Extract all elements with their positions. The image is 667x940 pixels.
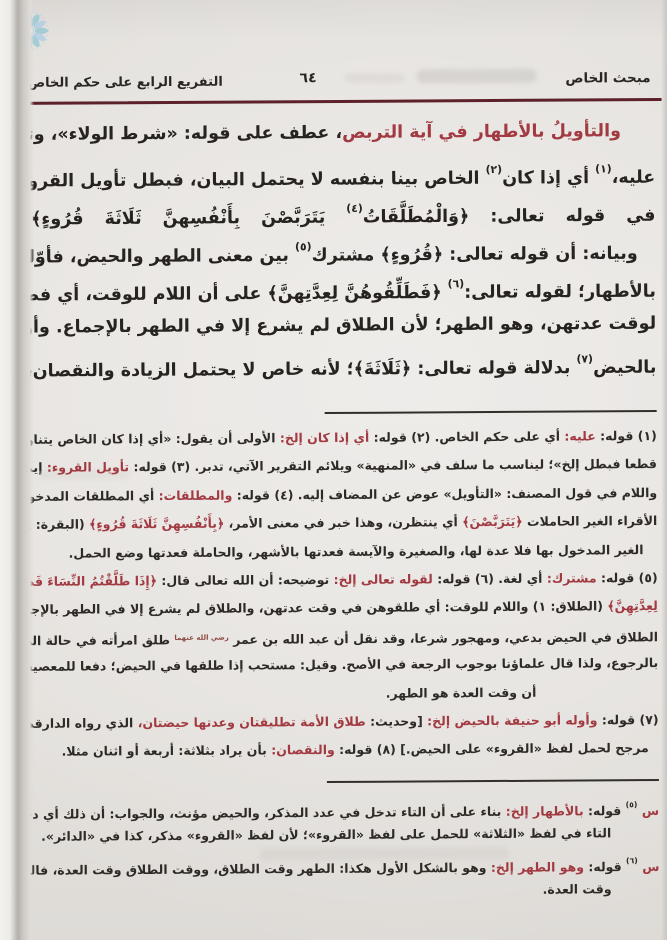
text-segment: قوله: xyxy=(584,859,626,874)
text-line: (٥) قوله: مشترك: أي لغة. (٦) قوله: لقوله… xyxy=(27,564,658,596)
text-segment: (البقرة: ٢٢٨). وأما xyxy=(26,517,89,533)
footnotes-text: (١) قوله: عليه: أي على حكم الخاص. (٢) قو… xyxy=(26,422,659,767)
text-line: لِعِدَّتِهِنَّ﴾ (الطلاق: ١) واللام للوقت… xyxy=(27,592,658,624)
text-segment: الطلاق في الحيض بدعي، ومهجور شرعا، وقد ن… xyxy=(229,629,658,647)
text-line: التاء في لفظ «الثلاثة» للحمل على لفظ «ال… xyxy=(28,819,659,851)
text-segment: (٥) xyxy=(295,240,312,253)
text-segment: ﴿قُرُوءٍ﴾ xyxy=(380,245,443,265)
text-segment: أي إذا كان xyxy=(502,168,595,189)
questions-separator xyxy=(327,779,659,783)
highlighted-text-segment: س xyxy=(638,859,660,874)
text-segment: الأولى أن يقول: «أي إذا كان الخاص يتناول… xyxy=(26,430,280,447)
text-segment: (٢) xyxy=(486,163,503,176)
text-segment: ﴿وَالْمُطَلَّقَاتُ xyxy=(363,207,470,228)
highlighted-text-segment: والنقصان: xyxy=(271,742,335,757)
footnote-separator xyxy=(325,410,657,414)
highlighted-text-segment: لِعِدَّتِهِنَّ﴾ xyxy=(607,598,658,613)
text-segment: (٦) xyxy=(448,277,465,290)
highlighted-text-segment: ﴿يَتَرَبَّصْنَ﴾ xyxy=(462,514,523,529)
text-line: مرجح لحمل لفظ «القروء» على الحيض.] (٨) ق… xyxy=(28,734,659,766)
header-page-number: ٦٤ xyxy=(299,70,316,86)
text-segment: على أن اللام للوقت، أي فطلقوهن xyxy=(25,284,268,306)
text-segment: وبيانه: أن قوله تعالى: xyxy=(443,244,638,265)
text-segment: مرجح لحمل لفظ «القروء» على الحيض.] (٨) ق… xyxy=(335,740,649,757)
highlighted-text-segment: عليه: xyxy=(564,428,595,443)
text-segment: بالحيض xyxy=(593,358,656,378)
highlighted-text-segment: والمطلقات: xyxy=(159,487,233,502)
text-segment: (٧) قوله: xyxy=(597,712,658,727)
margin-questions-text: س (٥) قوله: بالأطهار إلخ: بناء على أن ال… xyxy=(28,791,660,907)
header-rule xyxy=(18,98,662,105)
highlighted-text-segment: لقوله تعالى إلخ: xyxy=(334,571,433,587)
text-segment: واللام في قول المصنف: «التأويل» عوض عن ا… xyxy=(232,485,657,503)
header-chapter-title: التفريع الرابع على حكم الخاص xyxy=(28,75,223,91)
text-segment: لوقت عدتهن، وهو الطهر؛ لأن الطلاق لم يشر… xyxy=(25,314,656,339)
page-gutter-shadow xyxy=(0,0,34,940)
text-segment: بدلالة قوله تعالى: xyxy=(411,358,576,379)
text-segment: بناء على أن التاء تدخل في عدد المذكر، وا… xyxy=(28,804,506,822)
text-segment: (٥) قوله: xyxy=(597,570,658,585)
text-segment: أن وقت العدة هو الطهر. xyxy=(386,684,537,700)
text-segment: ﴿فَطَلِّقُوهُنَّ لِعِدَّتِهِنَّ﴾ xyxy=(267,283,447,304)
text-segment: بأن يراد بثلاثة: أربعة أو اثنان مثلا. xyxy=(62,743,272,759)
text-segment: بالرجوع، ولذا قال علماؤنا بوجوب الرجعة ف… xyxy=(27,655,658,674)
text-segment: قطعا فبطل إلخ»؛ ليناسب ما سلف في «المنهي… xyxy=(129,456,657,474)
text-line: عليه،(١) أي إذا كان(٢) الخاص بينا بنفسه … xyxy=(24,150,655,192)
text-line: بالأطهار؛ لقوله تعالى:(٦) ﴿فَطَلِّقُوهُن… xyxy=(25,264,656,306)
text-segment: أي ينتظرن، وهذا خبر في معنى الأمر، xyxy=(224,514,462,530)
ink-bleed-smudge xyxy=(417,69,537,84)
text-segment: في قوله تعالى: xyxy=(469,206,655,227)
text-segment: التاء في لفظ «الثلاثة» للحمل على لفظ «ال… xyxy=(41,825,611,843)
header-section-title: مبحث الخاص xyxy=(565,70,650,87)
text-segment: رضي الله عنهما xyxy=(174,633,229,641)
main-text: والتأويلُ بالأطهار في آية التربص، عطف عل… xyxy=(24,112,657,382)
highlighted-text-segment: بالأطهار إلخ: xyxy=(506,803,584,818)
text-segment: أي لغة. (٦) قوله: xyxy=(433,571,547,587)
text-line: قطعا فبطل إلخ»؛ ليناسب ما سلف في «المنهي… xyxy=(26,450,657,482)
text-line: بالرجوع، ولذا قال علماؤنا بوجوب الرجعة ف… xyxy=(27,649,658,681)
highlighted-text-segment: والتأويلُ بالأطهار في آية التربص xyxy=(342,121,621,143)
text-segment: (٥) xyxy=(626,800,638,809)
text-line: أن وقت العدة هو الطهر. xyxy=(27,678,658,710)
text-segment: عليه، xyxy=(612,168,656,188)
ink-bleed-smudge xyxy=(345,74,405,83)
highlighted-text-segment: مشترك: xyxy=(547,570,597,585)
text-segment: ؛ لأنه خاص لا يحتمل الزيادة والنقصان، xyxy=(26,359,354,381)
scanned-book-page: مبحث الخاص ٦٤ التفريع الرابع على حكم الخ… xyxy=(0,0,667,940)
text-segment: توضيحه: أن الله تعالى قال: xyxy=(157,572,334,588)
text-segment: أي على حكم الخاص. (٢) قوله: xyxy=(369,429,564,445)
text-line: وقت العدة. xyxy=(28,875,659,907)
text-line: لوقت عدتهن، وهو الطهر؛ لأن الطلاق لم يشر… xyxy=(25,302,656,344)
text-segment: الخاص بينا بنفسه لا يحتمل البيان، فبطل ت… xyxy=(24,169,486,192)
highlighted-text-segment: أي إذا كان إلخ: xyxy=(280,430,369,446)
text-segment: (١) قوله: xyxy=(596,428,657,443)
text-line: س (٦) قوله: وهو الطهر إلخ: وهو بالشكل ال… xyxy=(28,847,659,879)
text-line: الطلاق في الحيض بدعي، ومهجور شرعا، وقد ن… xyxy=(27,621,658,653)
text-segment: وهو بالشكل الأول هكذا: الطهر وقت الطلاق،… xyxy=(28,860,491,878)
text-line: والتأويلُ بالأطهار في آية التربص، عطف عل… xyxy=(24,112,655,154)
text-line: بالحيض(٧) بدلالة قوله تعالى: ﴿ثَلَاثَةَ﴾… xyxy=(25,340,656,382)
page-content: مبحث الخاص ٦٤ التفريع الرابع على حكم الخ… xyxy=(0,0,667,940)
text-line: في قوله تعالى: ﴿وَالْمُطَلَّقَاتُ(٤) يَت… xyxy=(24,188,655,230)
text-segment: مشترك xyxy=(312,245,381,265)
text-line: س (٥) قوله: بالأطهار إلخ: بناء على أن ال… xyxy=(28,791,659,823)
text-segment: الذي رواه الدارقطني xyxy=(27,715,137,731)
text-segment: بين معنى الطهر والحيض، فأوّله الشافعي xyxy=(25,246,296,268)
text-line: (٧) قوله: وأوله أبو حنيفة بالحيض إلخ: [و… xyxy=(27,706,658,738)
highlighted-text-segment: وأوله أبو حنيفة بالحيض إلخ: xyxy=(427,712,597,728)
text-segment: وقت العدة. xyxy=(543,881,612,896)
page-edge-shadow xyxy=(661,0,667,940)
highlighted-text-segment: وهو الطهر إلخ: xyxy=(491,859,584,875)
text-segment: (٦) xyxy=(626,856,638,865)
text-segment: يَتَرَبَّصْنَ بِأَنْفُسِهِنَّ ثَلَاثَةَ … xyxy=(24,208,346,230)
text-segment: (١) xyxy=(595,162,612,175)
highlighted-text-segment: تأويل القروء: xyxy=(47,460,129,476)
text-line: وبيانه: أن قوله تعالى: ﴿قُرُوءٍ﴾ مشترك(٥… xyxy=(25,226,656,268)
text-segment: ﴿ثَلَاثَةَ﴾ xyxy=(354,359,412,379)
text-segment: [وحديث: xyxy=(366,713,427,728)
text-line: الأقراء الغير الحاملات ﴿يَتَرَبَّصْنَ﴾ أ… xyxy=(26,507,657,539)
text-segment: أي المطلقات المدخول بها ذوات xyxy=(26,488,159,504)
text-segment: طلق امرأته في حالة الحيض، فأمره النبي xyxy=(27,632,174,649)
running-header: مبحث الخاص ٦٤ التفريع الرابع على حكم الخ… xyxy=(0,64,665,98)
text-segment: (٧) xyxy=(576,352,593,365)
text-segment: (٤) xyxy=(346,202,363,215)
text-segment: ، عطف على قوله: «شرط الولاء»، وتفريع راب… xyxy=(24,123,342,145)
text-line: (١) قوله: عليه: أي على حكم الخاص. (٢) قو… xyxy=(26,422,657,454)
text-line: الغير المدخول بها فلا عدة لها، والصغيرة … xyxy=(26,536,657,568)
highlighted-text-segment: س xyxy=(637,803,659,818)
text-segment: الأقراء الغير الحاملات xyxy=(523,513,658,529)
text-line: واللام في قول المصنف: «التأويل» عوض عن ا… xyxy=(26,479,657,511)
text-segment: (الطلاق: ١) واللام للوقت: أي طلقوهن في و… xyxy=(27,599,608,618)
highlighted-text-segment: طلاق الأمة تطليقتان وعدتها حيضتان، xyxy=(138,714,366,730)
highlighted-text-segment: ﴿بِأَنْفُسِهِنَّ ثَلَاثَةَ قُرُوءٍ﴾ xyxy=(89,516,224,532)
text-segment: الغير المدخول بها فلا عدة لها، والصغيرة … xyxy=(69,542,644,561)
highlighted-text-segment: ﴿إِذَا طَلَّقْتُمُ النِّسَاءَ فَطَلِّقُو… xyxy=(27,573,157,589)
text-segment: بالأطهار؛ لقوله تعالى: xyxy=(464,282,656,303)
text-segment: قوله: xyxy=(584,803,626,818)
